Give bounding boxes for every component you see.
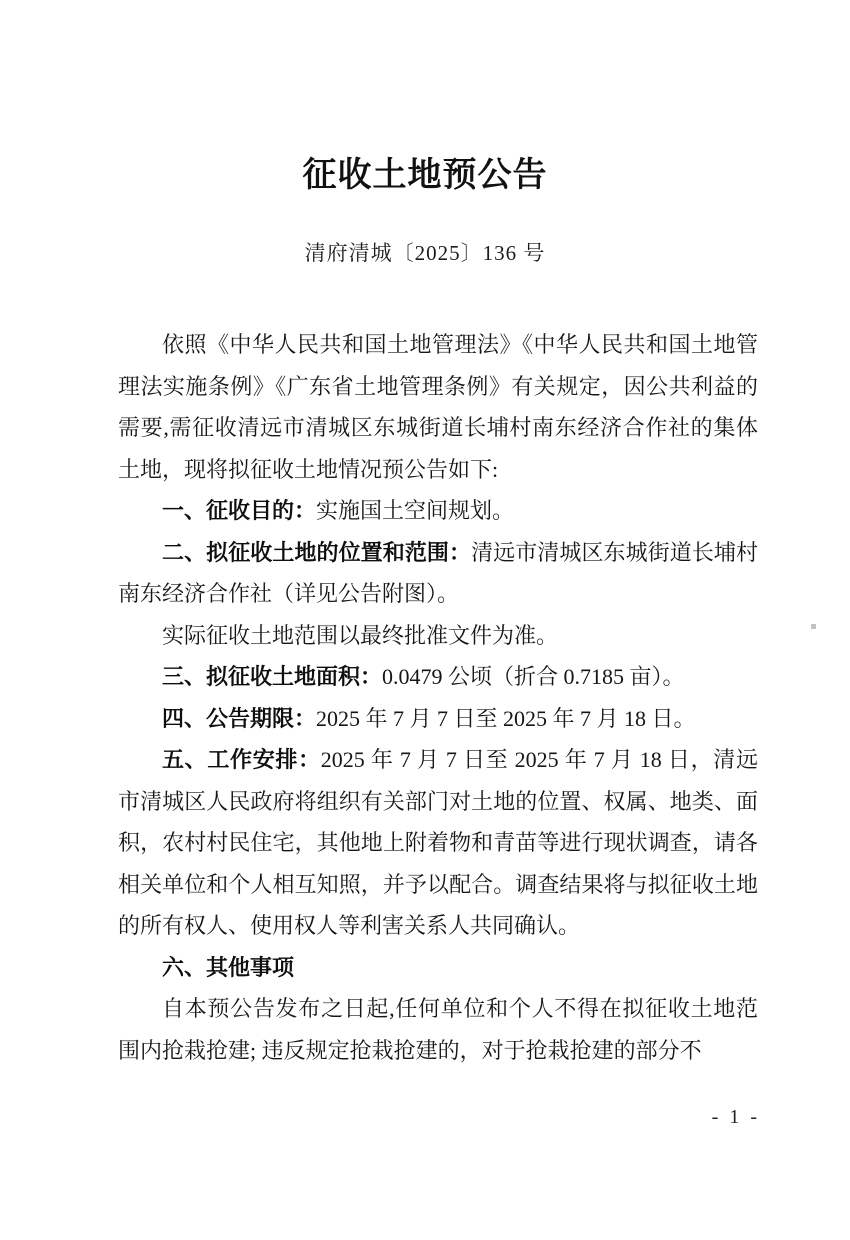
section-label: 五、工作安排： bbox=[162, 747, 321, 772]
paragraph-text: 依照《中华人民共和国土地管理法》《中华人民共和国土地管理法实施条例》《广东省土地… bbox=[118, 332, 758, 482]
scan-artifact bbox=[811, 624, 816, 629]
paragraph-intro: 依照《中华人民共和国土地管理法》《中华人民共和国土地管理法实施条例》《广东省土地… bbox=[118, 324, 758, 490]
section-text: 0.0479 公顷（折合 0.7185 亩）。 bbox=[382, 664, 685, 689]
section-1-purpose: 一、征收目的：实施国土空间规划。 bbox=[118, 490, 758, 532]
section-label: 六、其他事项 bbox=[162, 955, 294, 980]
section-text: 实施国土空间规划。 bbox=[316, 498, 514, 523]
paragraph-text: 自本预公告发布之日起,任何单位和个人不得在拟征收土地范围内抢栽抢建; 违反规定抢… bbox=[118, 996, 758, 1063]
section-label: 三、拟征收土地面积： bbox=[162, 664, 382, 689]
section-3-land-area: 三、拟征收土地面积：0.0479 公顷（折合 0.7185 亩）。 bbox=[118, 656, 758, 698]
section-2-location-scope: 二、拟征收土地的位置和范围：清远市清城区东城街道长埔村南东经济合作社（详见公告附… bbox=[118, 532, 758, 615]
document-title: 征收土地预公告 bbox=[0, 147, 850, 196]
section-label: 一、征收目的： bbox=[162, 498, 316, 523]
section-label: 二、拟征收土地的位置和范围： bbox=[162, 540, 471, 565]
section-label: 四、公告期限： bbox=[162, 706, 316, 731]
document-body: 依照《中华人民共和国土地管理法》《中华人民共和国土地管理法实施条例》《广东省土地… bbox=[118, 324, 758, 1071]
document-page: 征收土地预公告 清府清城〔2025〕136 号 依照《中华人民共和国土地管理法》… bbox=[0, 0, 850, 1240]
paragraph-text: 实际征收土地范围以最终批准文件为准。 bbox=[162, 623, 558, 648]
section-6-other-matters-heading: 六、其他事项 bbox=[118, 947, 758, 989]
section-text: 2025 年 7 月 7 日至 2025 年 7 月 18 日。 bbox=[316, 706, 696, 731]
page-number: - 1 - bbox=[712, 1106, 760, 1129]
section-text: 2025 年 7 月 7 日至 2025 年 7 月 18 日，清远市清城区人民… bbox=[118, 747, 758, 938]
section-5-work-arrangement: 五、工作安排：2025 年 7 月 7 日至 2025 年 7 月 18 日，清… bbox=[118, 739, 758, 947]
section-4-announcement-period: 四、公告期限：2025 年 7 月 7 日至 2025 年 7 月 18 日。 bbox=[118, 698, 758, 740]
paragraph-prohibition: 自本预公告发布之日起,任何单位和个人不得在拟征收土地范围内抢栽抢建; 违反规定抢… bbox=[118, 988, 758, 1071]
paragraph-actual-scope-note: 实际征收土地范围以最终批准文件为准。 bbox=[118, 615, 758, 657]
document-number: 清府清城〔2025〕136 号 bbox=[0, 237, 850, 267]
